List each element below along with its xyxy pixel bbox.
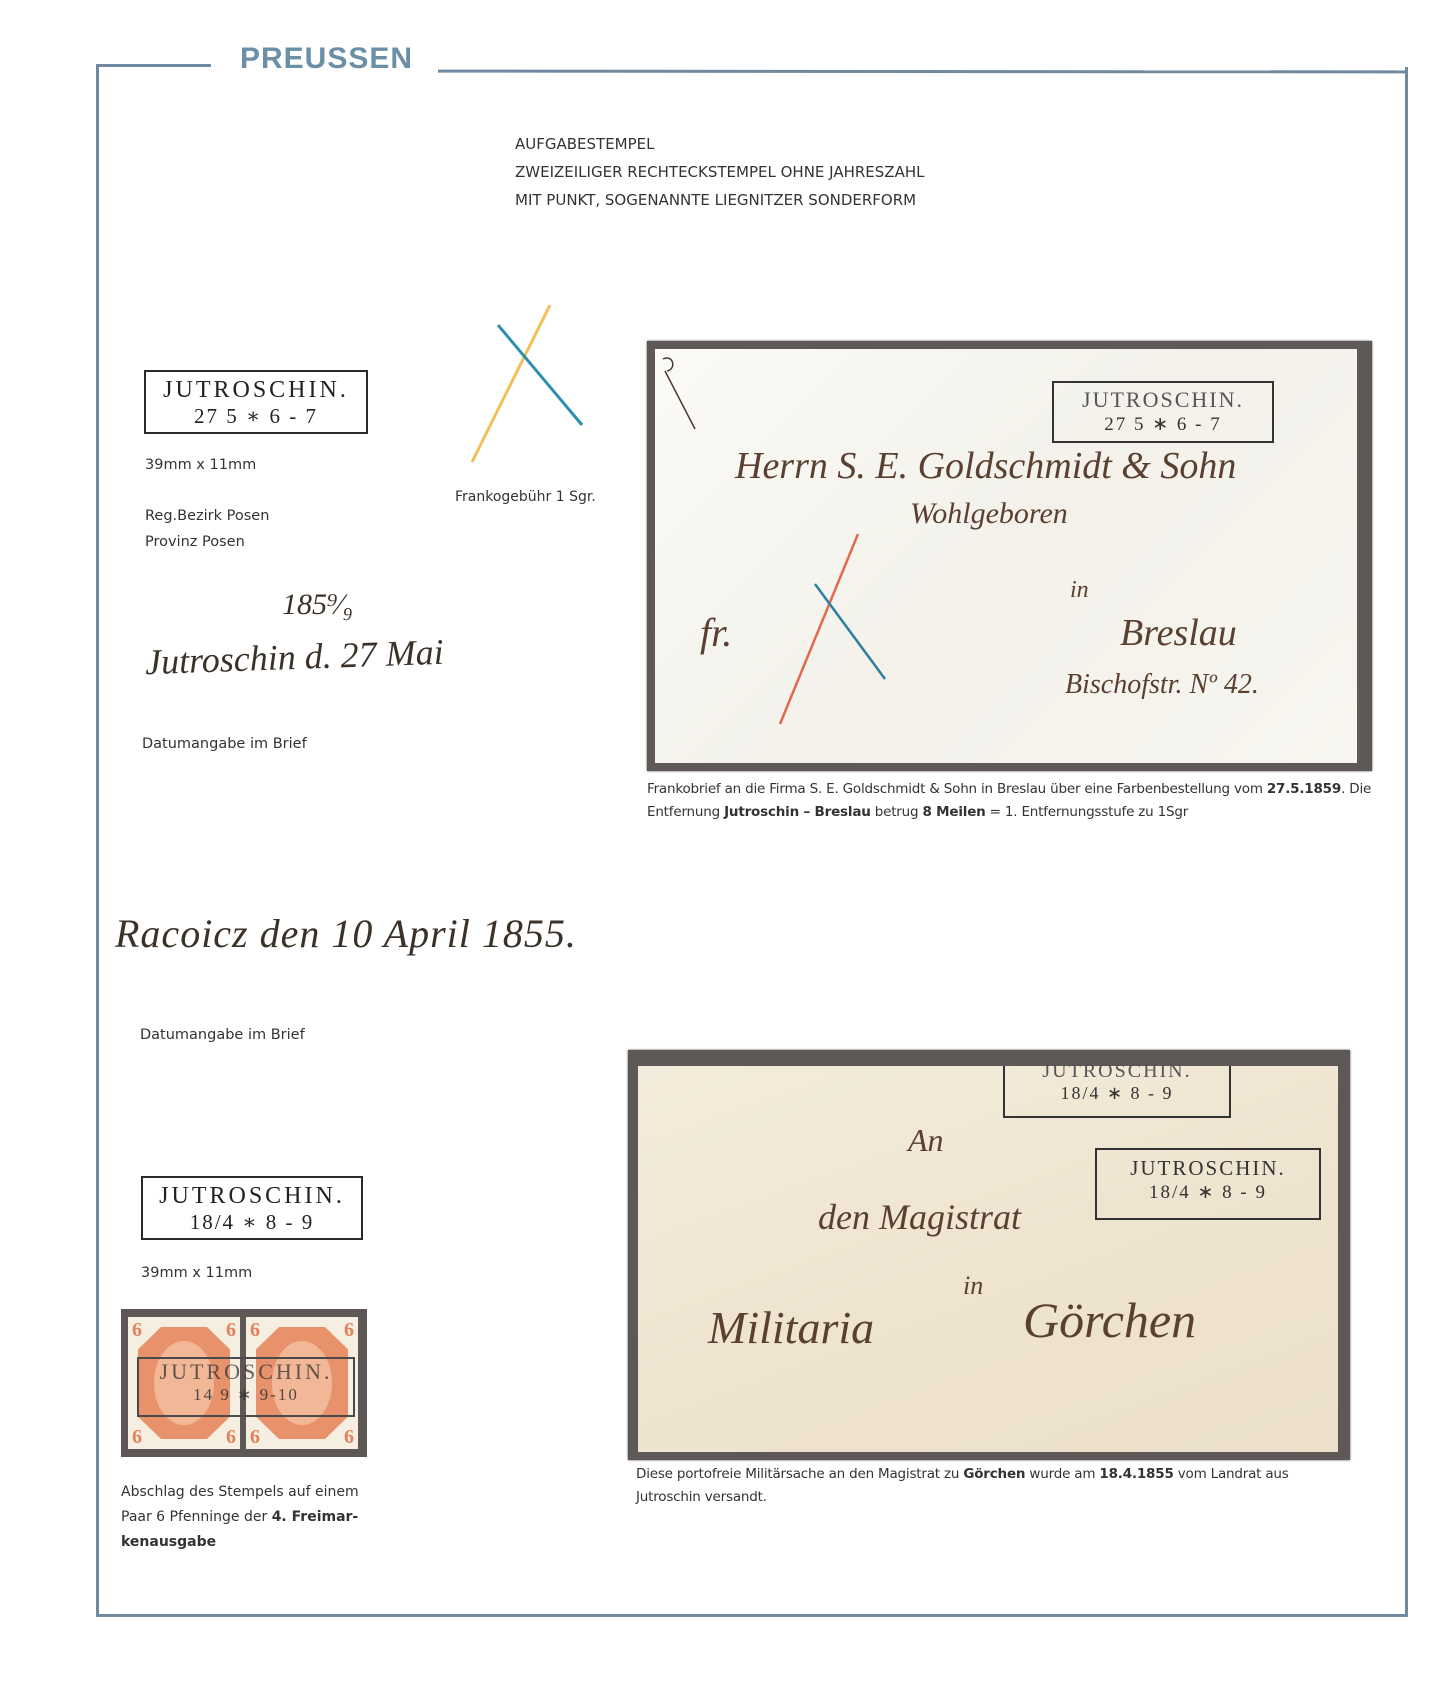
cover-postmark-date: 27 5 ∗ 6 - 7	[1054, 413, 1272, 436]
frame-top-left-rule	[96, 64, 211, 67]
caption-2-date: 18.4.1855	[1099, 1466, 1173, 1482]
pair-caption-issue-cont: kenausgabe	[121, 1534, 216, 1550]
cover-postmark-top: JUTROSCHIN. 18/4 ∗ 8 - 9	[1003, 1066, 1231, 1118]
stamp-pair-caption: Abschlag des Stempels auf einem Paar 6 P…	[121, 1480, 359, 1555]
cover-postmark-town: JUTROSCHIN.	[1054, 387, 1272, 413]
postmark-illustration-1: JUTROSCHIN. 27 5 ∗ 6 - 7	[144, 370, 368, 434]
caption-1-date: 27.5.1859	[1267, 781, 1341, 797]
blue-orange-cross-icon	[460, 300, 610, 470]
address-in: in	[963, 1271, 983, 1301]
franking-fee-label: Frankogebühr 1 Sgr.	[455, 484, 596, 510]
date-label-1: Datumangabe im Brief	[142, 731, 307, 757]
handwritten-date-2: Racoicz den 10 April 1855.	[115, 910, 577, 957]
stamp-value: 6	[250, 1319, 260, 1342]
cover-postmark-date: 18/4 ∗ 8 - 9	[1097, 1181, 1319, 1204]
address-in: in	[1070, 577, 1089, 604]
heading-line-2: ZWEIZEILIGER RECHTECKSTEMPEL OHNE JAHRES…	[515, 158, 924, 186]
section-heading: AUFGABESTEMPEL ZWEIZEILIGER RECHTECKSTEM…	[515, 130, 924, 214]
pair-caption-issue: 4. Freimar-	[272, 1509, 359, 1525]
cover-letter-1: JUTROSCHIN. 27 5 ∗ 6 - 7 Herrn S. E. Gol…	[655, 349, 1357, 763]
caption-1-distance: 8 Meilen	[922, 804, 985, 820]
address-an: An	[908, 1122, 944, 1159]
postmark-town: JUTROSCHIN.	[143, 1182, 361, 1210]
stamp-value: 6	[226, 1426, 236, 1449]
caption-1-route: Jutroschin – Breslau	[724, 804, 871, 820]
address-title: Wohlgeboren	[910, 497, 1068, 531]
corner-stroke-icon	[655, 349, 715, 439]
cover-mount-1: JUTROSCHIN. 27 5 ∗ 6 - 7 Herrn S. E. Gol…	[647, 341, 1372, 771]
region-province: Provinz Posen	[145, 529, 245, 555]
postmark-town: JUTROSCHIN.	[146, 376, 366, 404]
stamp-value: 6	[132, 1426, 142, 1449]
postmark-size-2: 39mm x 11mm	[141, 1260, 252, 1286]
address-recipient: den Magistrat	[818, 1196, 1021, 1238]
caption-2-part: Diese portofreie Militärsache an den Mag…	[636, 1466, 963, 1482]
stamp-pair-6-pfennig: 6 6 6 6 6 6 6 6 JUTROSCHIN. 14 9 ∗ 9-10	[121, 1309, 367, 1457]
cover-postmark-town: JUTROSCHIN.	[1097, 1156, 1319, 1181]
stamp-value: 6	[344, 1319, 354, 1342]
postmark-date: 27 5 ∗ 6 - 7	[146, 404, 366, 428]
franco-mark: fr.	[700, 609, 732, 656]
address-city: Görchen	[1023, 1291, 1196, 1349]
caption-1-part: = 1. Entfernungsstufe zu 1Sgr	[986, 804, 1189, 820]
address-street: Bischofstr. Nº 42.	[1065, 669, 1259, 701]
stamp-cancellation: JUTROSCHIN. 14 9 ∗ 9-10	[137, 1357, 355, 1417]
cover-1-caption: Frankobrief an die Firma S. E. Goldschmi…	[647, 778, 1377, 824]
stamp-value: 6	[226, 1319, 236, 1342]
pair-caption-line2: Paar 6 Pfenninge der	[121, 1509, 272, 1525]
blue-red-cross-icon	[745, 529, 895, 729]
stamp-value: 6	[132, 1319, 142, 1342]
cover-postmark-town: JUTROSCHIN.	[1005, 1060, 1229, 1083]
stamp-value: 6	[250, 1426, 260, 1449]
cover-postmark-date: 18/4 ∗ 8 - 9	[1005, 1083, 1229, 1104]
cancel-date: 14 9 ∗ 9-10	[139, 1385, 353, 1405]
postmark-size-1: 39mm x 11mm	[145, 452, 256, 478]
handwritten-year: 185⁹⁄₉	[282, 588, 353, 622]
caption-2-part: wurde am	[1025, 1466, 1099, 1482]
address-recipient: Herrn S. E. Goldschmidt & Sohn	[735, 444, 1236, 488]
cancel-town: JUTROSCHIN.	[139, 1359, 353, 1385]
caption-1-part: Frankobrief an die Firma S. E. Goldschmi…	[647, 781, 1267, 797]
address-city: Breslau	[1120, 611, 1237, 655]
caption-2-place: Görchen	[963, 1466, 1025, 1482]
postmark-date: 18/4 ∗ 8 - 9	[143, 1210, 361, 1234]
address-militaria: Militaria	[708, 1301, 874, 1354]
heading-line-1: AUFGABESTEMPEL	[515, 130, 924, 158]
postmark-illustration-2: JUTROSCHIN. 18/4 ∗ 8 - 9	[141, 1176, 363, 1240]
caption-1-part: betrug	[871, 804, 923, 820]
page-title: PREUSSEN	[240, 42, 413, 76]
pair-caption-line1: Abschlag des Stempels auf einem	[121, 1480, 359, 1505]
date-label-2: Datumangabe im Brief	[140, 1022, 305, 1048]
cover-mount-2: JUTROSCHIN. 18/4 ∗ 8 - 9 JUTROSCHIN. 18/…	[628, 1050, 1350, 1460]
heading-line-3: MIT PUNKT, SOGENANNTE LIEGNITZER SONDERF…	[515, 186, 924, 214]
cover-postmark-1: JUTROSCHIN. 27 5 ∗ 6 - 7	[1052, 381, 1274, 443]
cover-postmark-right: JUTROSCHIN. 18/4 ∗ 8 - 9	[1095, 1148, 1321, 1220]
stamp-value: 6	[344, 1426, 354, 1449]
region-district: Reg.Bezirk Posen	[145, 503, 269, 529]
cover-letter-2: JUTROSCHIN. 18/4 ∗ 8 - 9 JUTROSCHIN. 18/…	[638, 1066, 1338, 1452]
cover-2-caption: Diese portofreie Militärsache an den Mag…	[636, 1463, 1356, 1509]
